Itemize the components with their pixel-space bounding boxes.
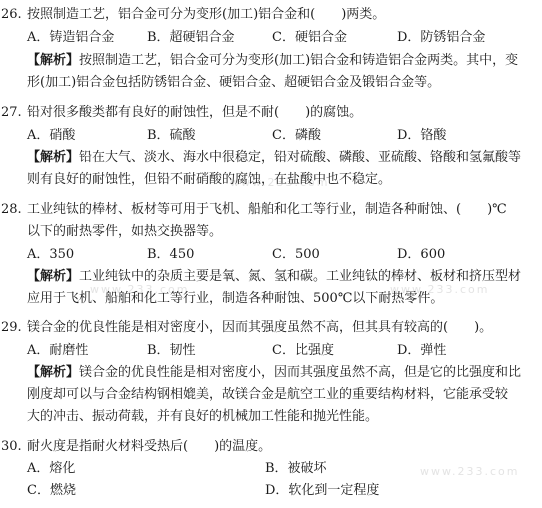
question-stem: 工业纯钛的棒材、板材等可用于飞机、船舶和化工等行业，制造各种耐蚀、( )℃ (27, 202, 507, 218)
option-a: A．铸造铝合金 (27, 30, 114, 46)
analysis-continued: 应用于飞机、船舶和化工等行业，制造各种耐蚀、500℃以下耐热零件。 (27, 291, 443, 307)
option-d: D．软化到一定程度 (265, 483, 379, 499)
option-d: D．防锈铝合金 (397, 30, 485, 46)
question-stem: 镁合金的优良性能是相对密度小，因而其强度虽然不高，但其具有较高的( )。 (27, 320, 492, 336)
question-stem: 铅对很多酸类都有良好的耐蚀性，但是不耐( )的腐蚀。 (27, 105, 362, 121)
option-b: B．450 (147, 247, 194, 263)
analysis-continued: 大的冲击、振动荷载，并有良好的机械加工性能和抛光性能。 (27, 409, 378, 425)
question-stem-continued: 以下的耐热零件，如热交换器等。 (27, 224, 222, 240)
analysis-text: 工业纯钛中的杂质主要是氧、氮、氢和碳。工业纯钛的棒材、板材和挤压型材 (79, 269, 521, 284)
option-d: D．铬酸 (397, 128, 446, 144)
option-a: A．硝酸 (27, 128, 75, 144)
question-number: 28. (1, 202, 22, 218)
analysis: 【解析】按照制造工艺，铝合金可分为变形(加工)铝合金和铸造铝合金两类。其中，变 (27, 53, 518, 69)
analysis-text: 按照制造工艺，铝合金可分为变形(加工)铝合金和铸造铝合金两类。其中，变 (79, 53, 518, 68)
option-a: A．熔化 (27, 461, 75, 477)
question-number: 30. (1, 439, 22, 455)
question-stem: 按照制造工艺，铝合金可分为变形(加工)铝合金和( )两类。 (27, 7, 385, 23)
option-b: B．硫酸 (147, 128, 196, 144)
option-c: C．磷酸 (272, 128, 321, 144)
option-b: B．韧性 (147, 343, 196, 359)
question-number: 29. (1, 320, 22, 336)
question-number: 27. (1, 105, 22, 121)
option-b: B．被破坏 (265, 461, 327, 477)
option-a: A．耐磨性 (27, 343, 88, 359)
analysis-text: 铅在大气、淡水、海水中很稳定，铅对硫酸、磷酸、亚硫酸、铬酸和氢氟酸等 (79, 150, 521, 165)
option-d: D．600 (397, 247, 445, 263)
option-a: A．350 (27, 247, 74, 263)
analysis-continued: 刚度却可以与合金结构钢相媲美，故镁合金是航空工业的重要结构材料，它能承受较 (27, 387, 508, 403)
watermark: www.233.com (420, 465, 519, 478)
analysis-tag: 【解析】 (27, 150, 79, 165)
option-d: D．弹性 (397, 343, 446, 359)
analysis-text: 镁合金的优良性能是相对密度小，因而其强度虽然不高，但是它的比强度和比 (79, 365, 521, 380)
question-number: 26. (1, 7, 22, 23)
option-b: B．超硬铝合金 (147, 30, 235, 46)
option-c: C．燃烧 (27, 483, 76, 499)
analysis: 【解析】镁合金的优良性能是相对密度小，因而其强度虽然不高，但是它的比强度和比 (27, 365, 521, 381)
exam-page: www.233.com www.233.com www.233.com www.… (0, 0, 542, 508)
analysis-tag: 【解析】 (27, 53, 79, 68)
option-c: C．硬铝合金 (272, 30, 347, 46)
option-c: C．500 (272, 247, 320, 263)
analysis-continued: 形(加工)铝合金包括防锈铝合金、硬铝合金、超硬铝合金及锻铝合金等。 (27, 75, 440, 91)
option-c: C．比强度 (272, 343, 334, 359)
analysis: 【解析】铅在大气、淡水、海水中很稳定，铅对硫酸、磷酸、亚硫酸、铬酸和氢氟酸等 (27, 150, 521, 166)
analysis-continued: 则有良好的耐蚀性，但铅不耐硝酸的腐蚀，在盐酸中也不稳定。 (27, 172, 391, 188)
question-stem: 耐火度是指耐火材料受热后( )的温度。 (27, 439, 271, 455)
analysis: 【解析】工业纯钛中的杂质主要是氧、氮、氢和碳。工业纯钛的棒材、板材和挤压型材 (27, 269, 521, 285)
analysis-tag: 【解析】 (27, 365, 79, 380)
analysis-tag: 【解析】 (27, 269, 79, 284)
